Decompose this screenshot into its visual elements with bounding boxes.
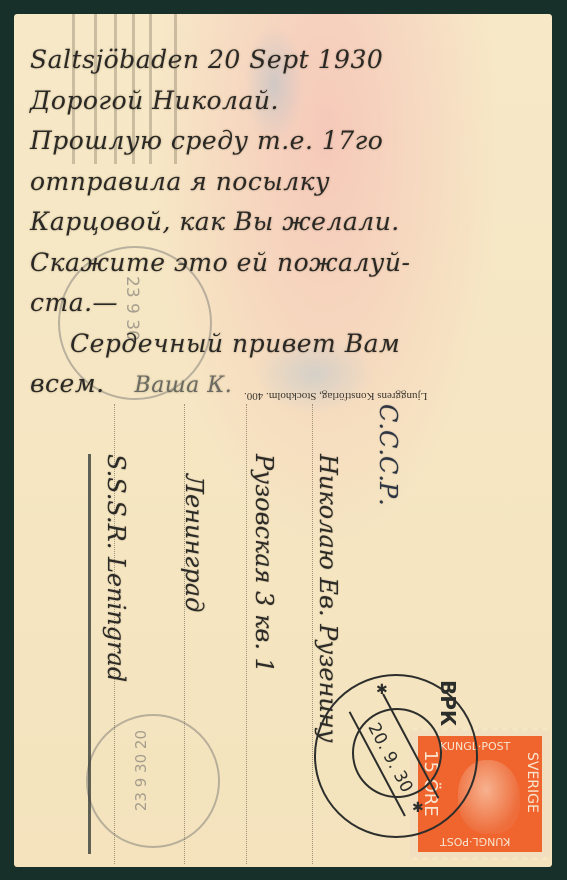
message-line: отправила я посылку [30, 162, 550, 203]
departure-postmark: 20. 9. 30 ВРК ✱ ✱ [314, 674, 478, 838]
message-line: Saltsjöbaden 20 Sept 1930 [30, 40, 550, 81]
postmark-town: ВРК [436, 680, 460, 726]
address-guide-line [246, 404, 247, 864]
message-line: Скажите это ей пожалуй- [30, 243, 550, 284]
address-street: Рузовская 3 кв. 1 [250, 454, 278, 673]
message-line: Прошлую среду т.е. 17го [30, 121, 550, 162]
stamp-bottom-text: KUNGL·POST [440, 835, 510, 848]
faint-postmark-lower: 23 9 30 20 [86, 714, 220, 848]
handwritten-message: Saltsjöbaden 20 Sept 1930 Дорогой Никола… [30, 40, 550, 405]
address-guide-line [312, 404, 313, 864]
message-line: Дорогой Николай. [30, 81, 550, 122]
address-divider [88, 454, 91, 854]
printer-imprint: Ljunggrens Konstförlag, Stockholm. 400. [244, 390, 427, 402]
message-line: Карцовой, как Вы желали. [30, 202, 550, 243]
message-line: Сердечный привет Вам [30, 324, 550, 365]
star-icon: ✱ [376, 682, 388, 698]
stamp-country: SVERIGE [524, 752, 540, 813]
signature: Ваша К. [135, 373, 233, 398]
address-country-cyrillic: С.С.С.Р. [374, 404, 402, 506]
message-line: ста.— [30, 283, 550, 324]
message-line: всем. [30, 369, 105, 398]
address-city: Ленинград [180, 474, 208, 612]
star-icon: ✱ [412, 800, 424, 816]
address-guide-line [184, 404, 185, 864]
address-country-latin: S.S.S.R. Leningrad [102, 454, 130, 682]
stamp-perforation [410, 854, 550, 860]
postcard-back: 23 9 30 23 9 30 20 Saltsjöbaden 20 Sept … [14, 14, 552, 867]
postmark-date: 23 9 30 20 [132, 730, 150, 811]
